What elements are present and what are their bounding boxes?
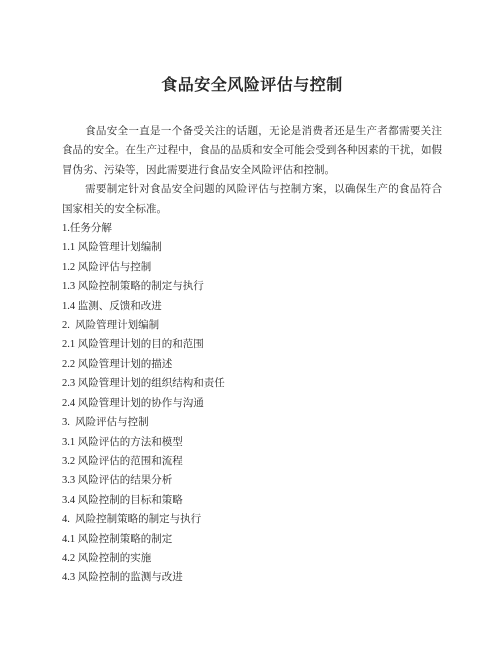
document-title: 食品安全风险评估与控制 xyxy=(62,76,442,96)
outline-item-3-4: 3.4 风险控制的目标和策略 xyxy=(62,491,442,510)
outline-item-3-1: 3.1 风险评估的方法和模型 xyxy=(62,433,442,452)
outline-item-4-3: 4.3 风险控制的监测与改进 xyxy=(62,568,442,587)
paragraph-intro: 食品安全一直是一个备受关注的话题，无论是消费者还是生产者都需要关注食品的安全。在… xyxy=(62,122,442,180)
outline-item-1-3: 1.3 风险控制策略的制定与执行 xyxy=(62,277,442,296)
outline-item-4-1: 4.1 风险控制策略的制定 xyxy=(62,530,442,549)
outline-item-1-1: 1.1 风险管理计划编制 xyxy=(62,238,442,257)
outline-item-2-2: 2.2 风险管理计划的描述 xyxy=(62,355,442,374)
outline-item-1-4: 1.4 监测、反馈和改进 xyxy=(62,297,442,316)
outline-item-3: 3. 风险评估与控制 xyxy=(62,413,442,432)
outline-item-4: 4. 风险控制策略的制定与执行 xyxy=(62,510,442,529)
outline-item-2-1: 2.1 风险管理计划的目的和范围 xyxy=(62,335,442,354)
outline-item-2: 2. 风险管理计划编制 xyxy=(62,316,442,335)
paragraph-purpose: 需要制定针对食品安全问题的风险评估与控制方案，以确保生产的食品符合国家相关的安全… xyxy=(62,180,442,219)
outline-item-2-4: 2.4 风险管理计划的协作与沟通 xyxy=(62,394,442,413)
outline-item-4-2: 4.2 风险控制的实施 xyxy=(62,549,442,568)
outline-item-3-3: 3.3 风险评估的结果分析 xyxy=(62,471,442,490)
outline-item-1: 1.任务分解 xyxy=(62,219,442,238)
outline-item-2-3: 2.3 风险管理计划的组织结构和责任 xyxy=(62,374,442,393)
document-page: 食品安全风险评估与控制 食品安全一直是一个备受关注的话题，无论是消费者还是生产者… xyxy=(0,0,500,647)
outline-item-3-2: 3.2 风险评估的范围和流程 xyxy=(62,452,442,471)
outline-item-1-2: 1.2 风险评估与控制 xyxy=(62,258,442,277)
document-content: 食品安全风险评估与控制 食品安全一直是一个备受关注的话题，无论是消费者还是生产者… xyxy=(62,76,442,588)
